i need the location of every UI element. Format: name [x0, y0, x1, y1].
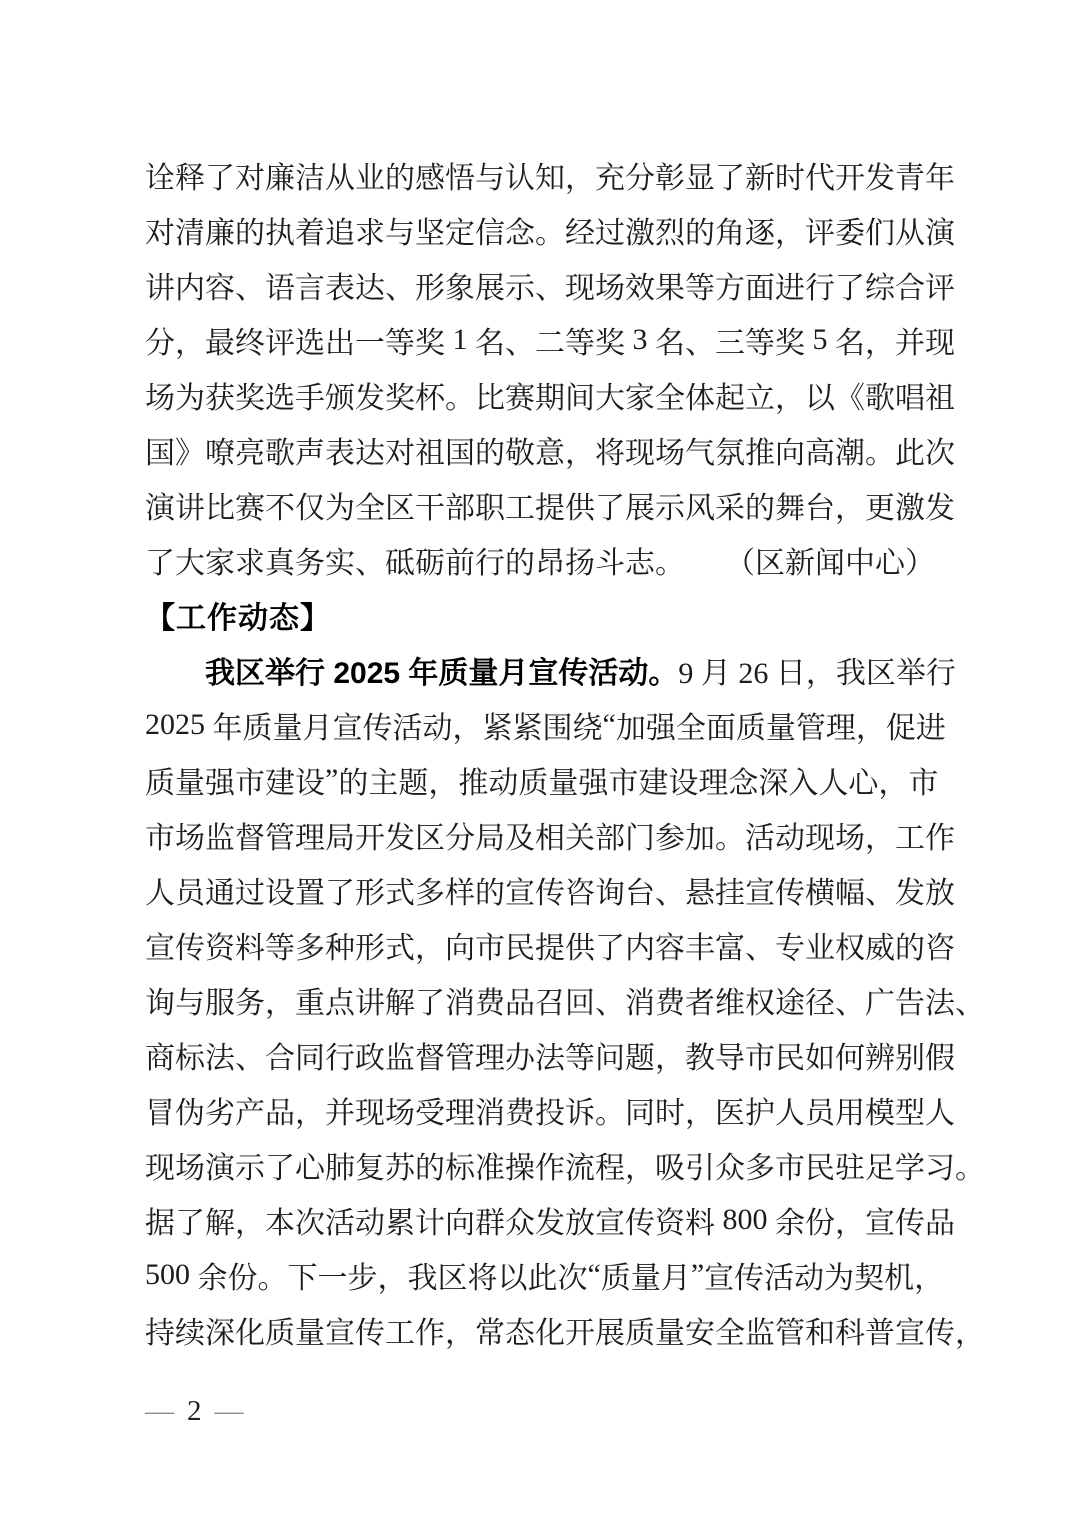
- body-line: 据了解，本次活动累计向群众发放宣传资料 800 余份，宣传品: [145, 1192, 935, 1247]
- paragraph-lead-line: 我区举行 2025 年质量月宣传活动。 9 月 26 日，我区举行: [145, 642, 935, 697]
- body-line: 对清廉的执着追求与坚定信念。经过激烈的角逐，评委们从演: [145, 202, 935, 257]
- body-line: 诠释了对廉洁从业的感悟与认知，充分彰显了新时代开发青年: [145, 147, 935, 202]
- body-line: 市场监督管理局开发区分局及相关部门参加。活动现场，工作: [145, 807, 935, 862]
- closing-text: 了大家求真务实、砥砺前行的昂扬斗志。: [145, 538, 685, 582]
- body-line: 冒伪劣产品，并现场受理消费投诉。同时，医护人员用模型人: [145, 1082, 935, 1137]
- body-line: 询与服务，重点讲解了消费品召回、消费者维权途径、广告法、: [145, 972, 935, 1027]
- news-byline: （区新闻中心）: [725, 538, 935, 582]
- body-line: 宣传资料等多种形式，向市民提供了内容丰富、专业权威的咨: [145, 917, 935, 972]
- section-header: 【工作动态】: [145, 587, 935, 642]
- body-line: 500 余份。下一步，我区将以此次“质量月”宣传活动为契机，: [145, 1247, 935, 1302]
- page-number: 2: [187, 1395, 202, 1428]
- body-line: 现场演示了心肺复苏的标准操作流程，吸引众多市民驻足学习。: [145, 1137, 935, 1192]
- body-line: 持续深化质量宣传工作，常态化开展质量安全监管和科普宣传，: [145, 1302, 935, 1357]
- body-line: 2025 年质量月宣传活动，紧紧围绕“加强全面质量管理，促进: [145, 697, 935, 752]
- lead-rest-text: 9 月 26 日，我区举行: [678, 648, 956, 692]
- paragraph-1: 诠释了对廉洁从业的感悟与认知，充分彰显了新时代开发青年 对清廉的执着追求与坚定信…: [145, 147, 935, 587]
- text-block: 诠释了对廉洁从业的感悟与认知，充分彰显了新时代开发青年 对清廉的执着追求与坚定信…: [145, 147, 935, 1428]
- body-line: 场为获奖选手颁发奖杯。比赛期间大家全体起立，以《歌唱祖: [145, 367, 935, 422]
- body-line: 国》嘹亮歌声表达对祖国的敬意，将现场气氛推向高潮。此次: [145, 422, 935, 477]
- page-number-footer: — 2 —: [145, 1395, 935, 1428]
- body-line: 人员通过设置了形式多样的宣传咨询台、悬挂宣传横幅、发放: [145, 862, 935, 917]
- footer-right-dash: —: [215, 1395, 244, 1428]
- document-page: 诠释了对廉洁从业的感悟与认知，充分彰显了新时代开发青年 对清廉的执着追求与坚定信…: [0, 0, 1074, 1520]
- body-line: 讲内容、语言表达、形象展示、现场效果等方面进行了综合评: [145, 257, 935, 312]
- paragraph-closing-line: 了大家求真务实、砥砺前行的昂扬斗志。 （区新闻中心）: [145, 532, 935, 587]
- body-line: 演讲比赛不仅为全区干部职工提供了展示风采的舞台，更激发: [145, 477, 935, 532]
- footer-left-dash: —: [145, 1395, 174, 1428]
- body-line: 商标法、合同行政监督管理办法等问题，教导市民如何辨别假: [145, 1027, 935, 1082]
- article-title-bold: 我区举行 2025 年质量月宣传活动。: [205, 648, 678, 692]
- body-line: 分，最终评选出一等奖 1 名、二等奖 3 名、三等奖 5 名，并现: [145, 312, 935, 367]
- body-line: 质量强市建设”的主题，推动质量强市建设理念深入人心，市: [145, 752, 935, 807]
- paragraph-2: 我区举行 2025 年质量月宣传活动。 9 月 26 日，我区举行 2025 年…: [145, 642, 935, 1357]
